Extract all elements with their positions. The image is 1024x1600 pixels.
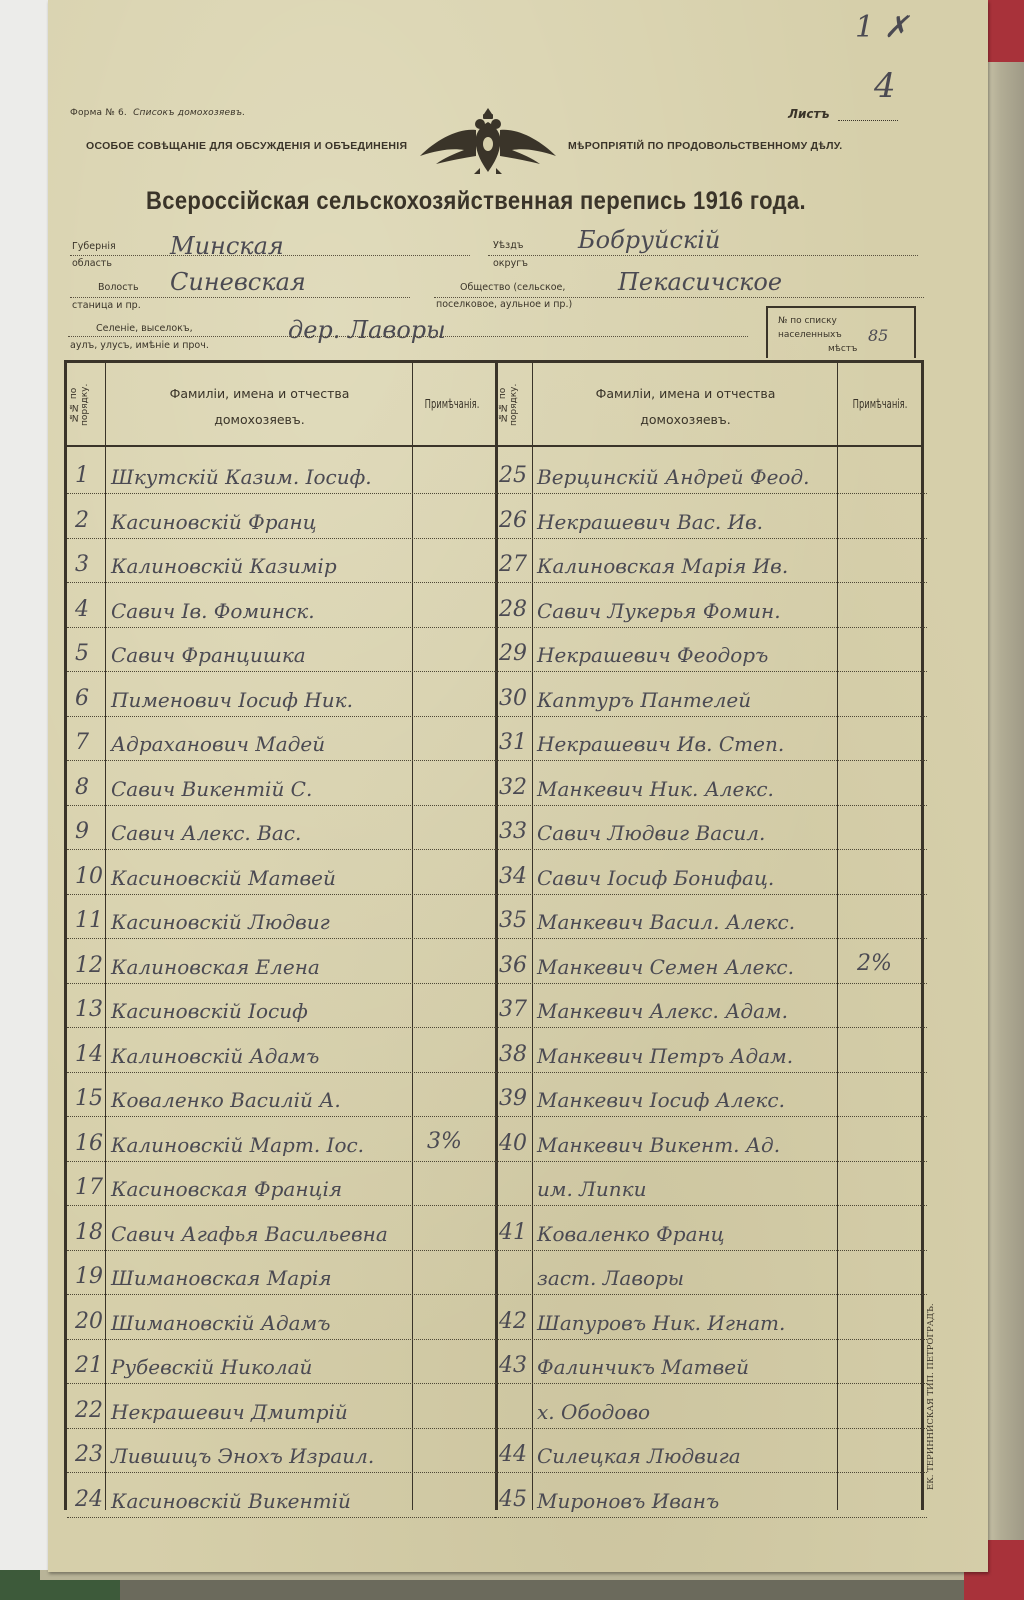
household-head-name: Некрашевич Ив. Степ.: [537, 732, 784, 756]
census-form-sheet: 1 ✗ 4 Форма № 6. Списокъ домохозяевъ. Ли…: [48, 0, 988, 1572]
household-head-name: Касиновскій Іосиф: [111, 999, 308, 1023]
household-head-name: Коваленко Василій А.: [111, 1088, 341, 1112]
household-head-name: Некрашевич Дмитрій: [111, 1400, 348, 1424]
row-number: 7: [75, 730, 89, 755]
col-header-note-left: Примѣчанія.: [414, 397, 491, 411]
row-number: 31: [499, 730, 527, 755]
household-head-name: Каптуръ Пантелей: [537, 688, 751, 712]
household-head-name: Касиновскій Людвиг: [111, 910, 330, 934]
household-head-name: Манкевич Петръ Адам.: [537, 1044, 793, 1068]
household-head-name: Манкевич Викент. Ад.: [537, 1133, 780, 1157]
form-number: Форма № 6.: [70, 108, 127, 118]
row-rule-right: [495, 1383, 927, 1384]
row-rule-right: [495, 1517, 927, 1518]
row-number: 24: [75, 1487, 103, 1512]
col-header-name-right: Фамиліи, имена и отчества домохозяевъ.: [534, 381, 837, 433]
household-head-name: Касиновскій Матвей: [111, 866, 336, 890]
header-rule: [67, 445, 921, 447]
row-number: 10: [75, 864, 103, 889]
org-name-right: МѣРОПРІЯТІЙ ПО ПРОДОВОЛЬСТВЕННОМУ ДѣЛУ.: [568, 140, 842, 152]
household-head-name: Адраханович Мадей: [111, 732, 325, 756]
row-rule-right: [495, 1428, 927, 1429]
row-rule-right: [495, 1116, 927, 1117]
selenie-label-2: аулъ, улусъ, имѣніе и проч.: [70, 340, 209, 351]
household-head-name: Калиновскій Март. Іос.: [111, 1133, 364, 1157]
obshchestvo-label-2: поселковое, аульное и пр.): [436, 299, 572, 310]
list-no-label-1: № по списку: [778, 316, 837, 326]
row-rule-left: [67, 1339, 495, 1340]
household-head-name: Некрашевич Вас. Ив.: [537, 510, 763, 534]
row-number: 30: [499, 686, 527, 711]
printer-imprint: ЕК. ТЕРИННИСКАЯ ТИП. ПЕТРОГРАДЪ.: [926, 1260, 940, 1490]
row-rule-left: [67, 760, 495, 761]
selenie-value: дер. Лаворы: [288, 316, 446, 344]
row-rule-left: [67, 582, 495, 583]
row-number: 1: [75, 463, 89, 488]
row-rule-right: [495, 1072, 927, 1073]
oblast-label: область: [72, 258, 112, 269]
row-number: 35: [499, 908, 527, 933]
household-heads-table: №№ по порядку. Фамиліи, имена и отчества…: [64, 360, 924, 1510]
household-head-name: Манкевич Іосиф Алекс.: [537, 1088, 785, 1112]
uezd-label: Уѣздъ: [493, 240, 524, 251]
row-rule-left: [67, 627, 495, 628]
obshchestvo-label: Общество (сельское,: [460, 282, 565, 293]
col-header-no-left: №№ по порядку.: [69, 373, 103, 437]
sheet-number-line: [838, 120, 898, 121]
row-rule-left: [67, 671, 495, 672]
row-number: 26: [499, 508, 527, 533]
row-number: 32: [499, 775, 527, 800]
row-number: 42: [499, 1309, 527, 1334]
row-rule-right: [495, 849, 927, 850]
row-rule-left: [67, 983, 495, 984]
form-number-label: Форма № 6. Списокъ домохозяевъ.: [70, 108, 245, 118]
row-number: 25: [499, 463, 527, 488]
household-head-name: Коваленко Франц: [537, 1222, 725, 1246]
row-number: 38: [499, 1042, 527, 1067]
household-head-name: Касиновская Франція: [111, 1177, 342, 1201]
row-number: 9: [75, 819, 89, 844]
row-rule-left: [67, 1517, 495, 1518]
household-head-name: им. Липки: [537, 1177, 646, 1201]
row-number: 13: [75, 997, 103, 1022]
row-number: 21: [75, 1353, 103, 1378]
household-head-name: Фалинчикъ Матвей: [537, 1355, 749, 1379]
row-number: 37: [499, 997, 527, 1022]
row-number: 4: [75, 597, 89, 622]
row-rule-right: [495, 983, 927, 984]
row-rule-right: [495, 716, 927, 717]
household-head-name: Шимановская Марія: [111, 1266, 332, 1290]
okrug-label: округъ: [493, 258, 528, 269]
row-rule-left: [67, 1428, 495, 1429]
row-rule-right: [495, 1161, 927, 1162]
household-head-name: Рубевскій Николай: [111, 1355, 312, 1379]
corner-marks: 1 ✗: [855, 10, 909, 45]
col-header-name-left: Фамиліи, имена и отчества домохозяевъ.: [107, 381, 412, 433]
volost-label: Волость: [98, 282, 139, 293]
row-rule-right: [495, 1294, 927, 1295]
row-number: 11: [75, 908, 103, 933]
household-head-name: Мироновъ Иванъ: [537, 1489, 719, 1513]
gubernia-line: [70, 255, 470, 256]
household-head-name: Шимановскій Адамъ: [111, 1311, 331, 1335]
form-subtitle: Списокъ домохозяевъ.: [133, 108, 245, 118]
row-rule-left: [67, 1205, 495, 1206]
household-head-name: Калиновская Марія Ив.: [537, 554, 788, 578]
row-number: 14: [75, 1042, 103, 1067]
household-head-name: Савич Лукерья Фомин.: [537, 599, 781, 623]
row-number: 39: [499, 1086, 527, 1111]
row-number: 40: [499, 1131, 527, 1156]
row-rule-left: [67, 1472, 495, 1473]
household-head-name: Савич Алекс. Вас.: [111, 821, 301, 845]
row-number: 8: [75, 775, 89, 800]
household-head-name: Манкевич Алекс. Адам.: [537, 999, 788, 1023]
row-number: 2: [75, 508, 89, 533]
row-number: 43: [499, 1353, 527, 1378]
selenie-label: Селеніе, выселокъ,: [96, 323, 193, 334]
row-rule-right: [495, 805, 927, 806]
stanitsa-label: станица и пр.: [72, 300, 141, 311]
row-number: 6: [75, 686, 89, 711]
row-rule-left: [67, 1383, 495, 1384]
row-number: 18: [75, 1220, 103, 1245]
household-head-name: Манкевич Ник. Алекс.: [537, 777, 774, 801]
household-head-name: Силецкая Людвига: [537, 1444, 741, 1468]
household-head-name: Шкутскій Казим. Іосиф.: [111, 465, 372, 489]
row-rule-left: [67, 849, 495, 850]
row-rule-right: [495, 493, 927, 494]
row-number: 23: [75, 1442, 103, 1467]
uezd-value: Бобруйскій: [578, 226, 720, 254]
household-head-name: Калиновская Елена: [111, 955, 320, 979]
household-head-name: Савич Агафья Васильевна: [111, 1222, 388, 1246]
row-rule-right: [495, 1250, 927, 1251]
row-number: 45: [499, 1487, 527, 1512]
household-head-name: заст. Лаворы: [537, 1266, 684, 1290]
row-rule-left: [67, 1116, 495, 1117]
row-rule-left: [67, 805, 495, 806]
household-head-name: Калиновскій Казимір: [111, 554, 337, 578]
row-number: 17: [75, 1175, 103, 1200]
household-head-name: Савич Людвиг Васил.: [537, 821, 765, 845]
row-rule-right: [495, 627, 927, 628]
row-rule-left: [67, 1027, 495, 1028]
row-number: 41: [499, 1220, 527, 1245]
sheet-label: Листъ: [788, 107, 829, 121]
row-rule-right: [495, 1027, 927, 1028]
row-number: 19: [75, 1264, 103, 1289]
row-rule-left: [67, 1250, 495, 1251]
page-stack-edge: [985, 0, 1024, 1590]
household-head-name: Савич Іосиф Бонифац.: [537, 866, 774, 890]
household-head-name: Манкевич Семен Алекс.: [537, 955, 794, 979]
row-number: 36: [499, 953, 527, 978]
row-rule-right: [495, 671, 927, 672]
row-number: 3: [75, 552, 89, 577]
household-head-name: Пименович Іосиф Ник.: [111, 688, 353, 712]
volost-value: Синевская: [170, 268, 306, 296]
row-number: 20: [75, 1309, 103, 1334]
household-head-name: Касиновскій Викентій: [111, 1489, 351, 1513]
row-rule-right: [495, 1205, 927, 1206]
household-head-name: Манкевич Васил. Алекс.: [537, 910, 795, 934]
household-head-name: Калиновскій Адамъ: [111, 1044, 319, 1068]
row-rule-left: [67, 938, 495, 939]
row-number: 27: [499, 552, 527, 577]
row-rule-right: [495, 538, 927, 539]
row-number: 15: [75, 1086, 103, 1111]
row-number: 16: [75, 1131, 103, 1156]
row-note: 3%: [427, 1129, 462, 1154]
household-head-name: Лившицъ Энохъ Израил.: [111, 1444, 374, 1468]
org-name-left: ОСОБОЕ СОВѣЩАНІЕ ДЛЯ ОБСУЖДЕНІЯ И ОБЪЕДИ…: [86, 140, 407, 152]
household-head-name: Савич Францишка: [111, 643, 306, 667]
row-rule-left: [67, 538, 495, 539]
col-header-note-right: Примѣчанія.: [842, 397, 919, 411]
settlement-list-number-box: № по списку населенныхъ мѣстъ 85: [766, 306, 916, 358]
household-head-name: Савич Викентій С.: [111, 777, 312, 801]
gubernia-label: Губернія: [72, 241, 116, 252]
row-rule-left: [67, 894, 495, 895]
sheet-number-value: 4: [874, 66, 896, 106]
list-no-label-3: мѣстъ: [828, 344, 857, 354]
row-number: 28: [499, 597, 527, 622]
household-head-name: Верцинскій Андрей Феод.: [537, 465, 810, 489]
row-number: 12: [75, 953, 103, 978]
row-number: 34: [499, 864, 527, 889]
row-rule-left: [67, 493, 495, 494]
household-head-name: Некрашевич Феодоръ: [537, 643, 768, 667]
row-rule-right: [495, 894, 927, 895]
row-rule-right: [495, 938, 927, 939]
selenie-line: [68, 336, 748, 337]
household-head-name: Касиновскій Франц: [111, 510, 317, 534]
list-no-value: 85: [868, 326, 888, 345]
list-no-label-2: населенныхъ: [778, 330, 842, 340]
row-rule-left: [67, 1161, 495, 1162]
row-rule-right: [495, 760, 927, 761]
row-rule-right: [495, 1339, 927, 1340]
row-rule-right: [495, 582, 927, 583]
row-number: 44: [499, 1442, 527, 1467]
household-head-name: Шапуровъ Ник. Игнат.: [537, 1311, 785, 1335]
row-number: 22: [75, 1398, 103, 1423]
col-header-no-right: №№ по порядку.: [498, 373, 532, 437]
row-number: 5: [75, 641, 89, 666]
row-rule-right: [495, 1472, 927, 1473]
household-head-name: х. Ободово: [537, 1400, 650, 1424]
volost-line: [70, 297, 410, 298]
row-rule-left: [67, 1294, 495, 1295]
row-rule-left: [67, 716, 495, 717]
uezd-line: [488, 255, 918, 256]
row-rule-left: [67, 1072, 495, 1073]
household-head-name: Савич Ів. Фоминск.: [111, 599, 315, 623]
page-title: Всероссійская сельскохозяйственная переп…: [146, 187, 806, 216]
double-headed-eagle-icon: [418, 106, 558, 174]
obshchestvo-line: [434, 297, 924, 298]
row-number: 33: [499, 819, 527, 844]
row-note: 2%: [857, 951, 892, 976]
obshchestvo-value: Пекасичское: [618, 268, 782, 296]
row-number: 29: [499, 641, 527, 666]
